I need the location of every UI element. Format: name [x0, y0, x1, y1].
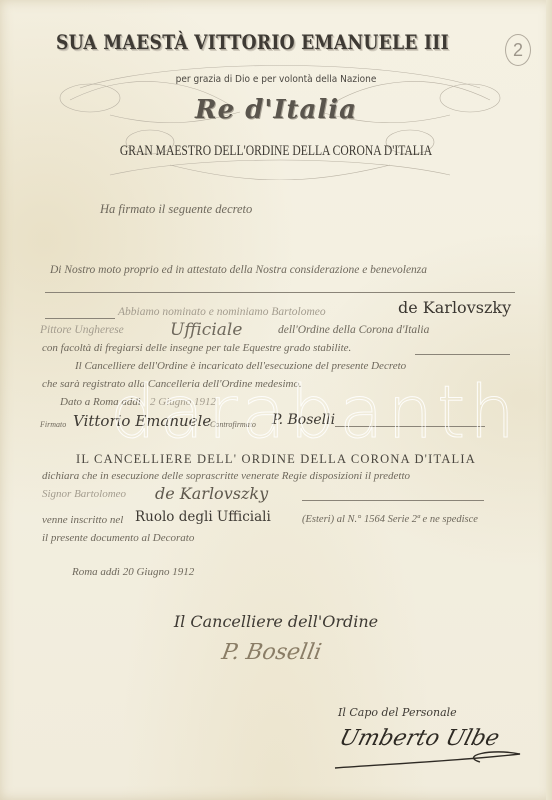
- divider-rule: [45, 292, 515, 293]
- blank-rule: [302, 500, 484, 501]
- insignia-text: con facoltà di fregiarsi delle insegne p…: [42, 342, 351, 354]
- personnel-title: Il Capo del Personale: [338, 706, 457, 719]
- chancellery-surname: de Karlovszky: [155, 484, 268, 503]
- place-date: Roma addì 20 Giugno 1912: [72, 566, 194, 578]
- registered-suffix: (Esteri) al N.° 1564 Serie 2ª e ne spedi…: [302, 514, 478, 525]
- document-title: SUA MAESTÀ VITTORIO EMANUELE III: [56, 30, 434, 54]
- chancellery-declares: dichiara che in esecuzione delle soprasc…: [42, 470, 410, 482]
- chancellery-signor: Signor Bartolomeo: [42, 488, 126, 500]
- blank-rule: [415, 354, 510, 355]
- roll-name: Ruolo degli Ufficiali: [135, 509, 271, 525]
- chancellor-signature: P. Boselli: [220, 640, 324, 665]
- document-subtitle: per grazia di Dio e per volontà della Na…: [28, 74, 525, 85]
- chancellor-title: Il Cancelliere dell'Ordine: [0, 612, 552, 631]
- recipient-surname: de Karlovszky: [398, 298, 511, 317]
- appointment-prefix: Abbiamo nominato e nominiamo Bartolomeo: [118, 306, 326, 318]
- motu-proprio-line: Di Nostro moto proprio ed in attestato d…: [50, 264, 427, 276]
- decree-intro: Ha firmato il seguente decreto: [100, 202, 252, 217]
- closing-text: il presente documento al Decorato: [42, 532, 194, 544]
- order-rank: Ufficiale: [170, 320, 242, 340]
- blank-rule: [45, 318, 115, 319]
- signed-label: Firmato: [40, 420, 66, 429]
- grand-master-title: GRAN MAESTRO DELL'ORDINE DELLA CORONA D'…: [55, 143, 497, 160]
- signature-underline-icon: [330, 744, 530, 774]
- order-text: dell'Ordine della Corona d'Italia: [278, 324, 429, 336]
- registered-prefix: venne inscritto nel: [42, 514, 123, 526]
- page-number-circled: 2: [505, 34, 531, 66]
- king-title: Re d'Italia: [0, 95, 552, 125]
- chancellery-heading: IL CANCELLIERE DELL' ORDINE DELLA CORONA…: [0, 452, 552, 467]
- recipient-nationality: Pittore Ungherese: [40, 324, 124, 336]
- watermark: darabanth: [110, 370, 519, 454]
